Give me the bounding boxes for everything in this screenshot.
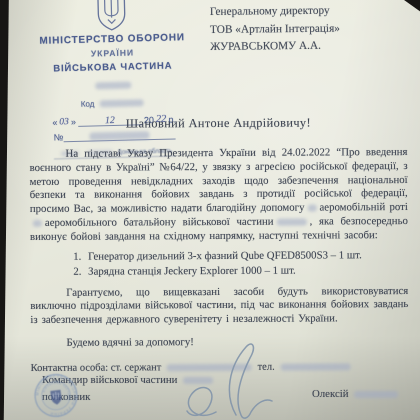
list-item-text: Зарядна станція Jeckery Explorer 1000 – …: [88, 265, 296, 278]
recipient-line-3: ЖУРАВСЬКОМУ А.А.: [210, 37, 390, 56]
letterhead-unit-label: ВІЙСЬКОВА ЧАСТИНА: [12, 60, 214, 76]
recipient-line-2: ТОВ «Артлайн Інтеграція»: [210, 20, 390, 39]
paragraph-request-text-c: аеромобільного батальйону військової час…: [45, 216, 274, 229]
letter-body: Шановний Антоне Андрійовичу! На підставі…: [29, 115, 408, 374]
redacted-text: [307, 205, 316, 212]
paragraph-request-text-b: аеромобільній роті: [319, 201, 407, 213]
list-item-text: Генератор дизельний 3-х фазний Qube QFED…: [88, 249, 362, 262]
recipient-line-1: Генеральному директору: [210, 2, 390, 21]
redacted-text: [354, 391, 398, 398]
trident-emblem-icon: [95, 0, 128, 32]
official-round-stamp: МІНІСТЕРСТВО ОБОРОНИ УКРАЇНИ ВІЙСЬКОВА Ч…: [5, 365, 106, 420]
letterhead-code-line: Код: [13, 97, 215, 111]
signer-first-name: Олексій: [312, 388, 349, 400]
letterhead-ministry: МІНІСТЕРСТВО ОБОРОНИ: [11, 32, 213, 48]
handwritten-signature: [158, 342, 308, 420]
equipment-list: Генератор дизельний 3-х фазний Qube QFED…: [84, 248, 408, 281]
paragraph-guarantee: Гарантуємо, що вищевказані засоби будуть…: [30, 285, 408, 328]
paragraph-request: На підставі Указу Президента України від…: [29, 146, 408, 245]
list-item-charging-station: Зарядна станція Jeckery Explorer 1000 – …: [84, 263, 408, 280]
letter-photo: МІНІСТЕРСТВО ОБОРОНИ УКРАЇНИ ВІЙСЬКОВА Ч…: [0, 0, 420, 420]
salutation: Шановний Антоне Андрійовичу!: [29, 115, 407, 132]
redacted-text: [277, 219, 307, 226]
redacted-text: [100, 100, 144, 108]
letterhead-unit-number-redacted: [12, 75, 214, 98]
list-item-generator: Генератор дизельний 3-х фазний Qube QFED…: [84, 248, 408, 265]
letterhead-country: УКРАЇНИ: [11, 46, 213, 61]
signer-name-line: Олексій: [312, 388, 401, 400]
code-label: Код: [81, 99, 95, 108]
redacted-text: [33, 220, 42, 227]
redacted-text: [95, 82, 131, 90]
recipient-block: Генеральному директору ТОВ «Артлайн Інте…: [210, 2, 391, 56]
